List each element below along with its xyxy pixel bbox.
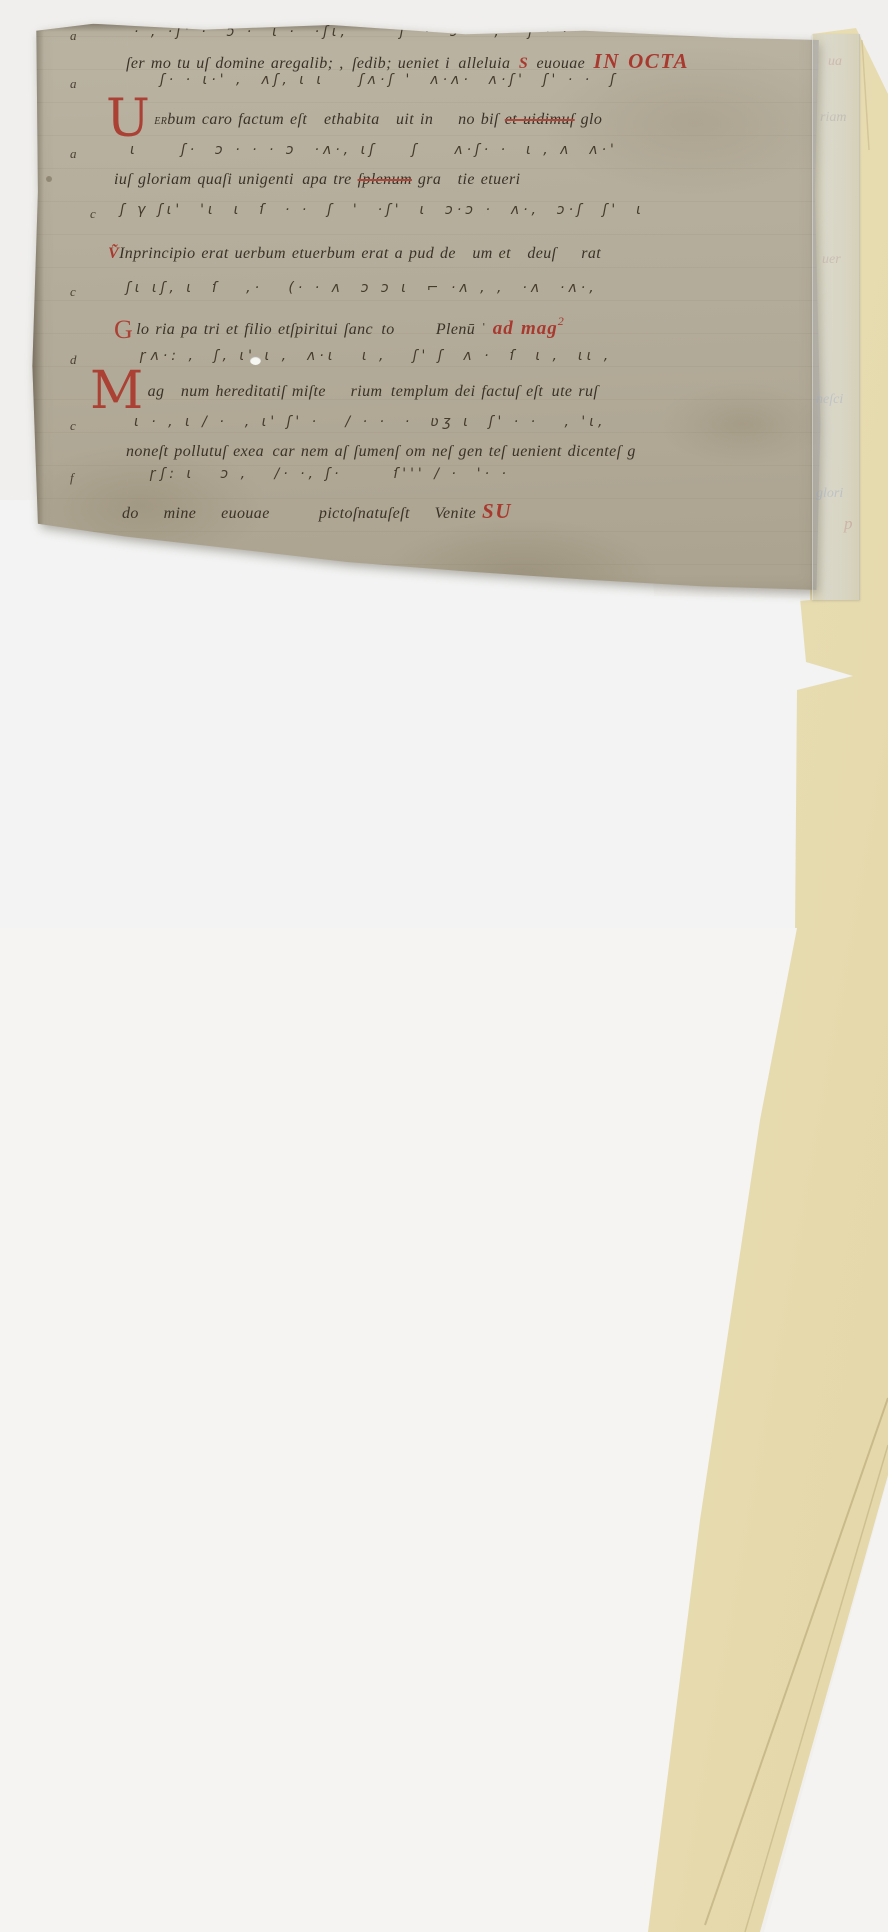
clef-letter: d xyxy=(70,352,77,368)
text-segment: Ṽ xyxy=(108,245,119,262)
text-row: noneſt pollutuſ exea car nem aſ ſumenſ o… xyxy=(30,442,812,462)
clef-letter: c xyxy=(90,206,96,222)
text-segment: S xyxy=(519,55,528,72)
neume-row: ι · , ι / · , ι' ʃ' · / · · · ʋʒ ι ʃ' · … xyxy=(30,414,812,442)
text-row: iuſ gloriam quaſi unigenti apa tre ſplen… xyxy=(30,170,812,190)
text-segment: euouae xyxy=(528,55,593,72)
text-segment: Plenū ˈ xyxy=(395,321,493,338)
text-segment: ſer mo tu uſ domine aregalib; , ſedib; u… xyxy=(126,55,519,72)
text-segment: pictoſnatuſeſt Venite xyxy=(270,505,482,522)
text-segment: U xyxy=(106,89,150,149)
ms-line: cʃ γ ʃι' 'ι ι ſ · · ʃ ' ·ʃ' ι ɔ·ɔ · ʌ·, … xyxy=(30,202,812,264)
text-segment: M xyxy=(90,361,144,421)
text-segment: rium templum dei factuſ eſt ute ruſ xyxy=(326,383,598,400)
neume-row: ι ʃ· ɔ · · · ɔ ·ʌ·, ιʃ ʃ ʌ·ʃ· · ι , ʌ ʌ·… xyxy=(30,142,812,170)
text-segment: G xyxy=(114,315,133,344)
text-segment: ad mag xyxy=(493,318,558,339)
text-segment: ſplenum xyxy=(358,171,412,188)
ms-line: fɼʃ: ι ɔ , /· ·, ʃ· ſ''' / · '· ·do mine… xyxy=(30,466,812,524)
neume-row: ɼʌ·: , ʃ, ι' ι , ʌ·ι ι , ʃ' ʃ ʌ · ſ ι , … xyxy=(30,348,812,382)
ms-line: a· , ·ʃ' · ɔ · ι · ·ʃι, ʃ' · ɔ ⌐ , ʃ · ·… xyxy=(30,24,812,74)
text-segment: do mine euouae xyxy=(122,505,270,522)
scratch-mark xyxy=(330,584,355,593)
ms-line: aʃ· · ι·' , ʌʃ, ι ι ʃʌ·ʃ ' ʌ·ʌ· ʌ·ʃ' ʃ' … xyxy=(30,72,812,130)
text-row: ṼInprincipio erat uerbum etuerbum erat a… xyxy=(30,244,812,264)
parchment-fragment: a· , ·ʃ' · ɔ · ι · ·ʃι, ʃ' · ɔ ⌐ , ʃ · ·… xyxy=(30,18,822,598)
neume-row: · , ·ʃ' · ɔ · ι · ·ʃι, ʃ' · ɔ ⌐ , ʃ · · xyxy=(30,24,812,48)
clef-letter: f xyxy=(70,470,74,486)
text-row: Uerbum caro factum eſt ethabita uit in n… xyxy=(30,110,812,130)
text-segment: gra tie etueri xyxy=(412,171,521,188)
text-segment: et uidimuſ xyxy=(505,111,575,128)
text-segment: iuſ gloriam quaſi unigenti apa tre xyxy=(114,171,358,188)
neume-row: ʃι ιʃ, ι ſ ,· (· · ʌ ɔ ɔ ι ⌐ ·ʌ , , ·ʌ ·… xyxy=(30,280,812,314)
text-row: Glo ria pa tri et filio etſpiritui ſanc … xyxy=(30,314,812,347)
text-row: do mine euouae pictoſnatuſeſt Venite SU xyxy=(30,498,812,524)
ms-line: cι · , ι / · , ι' ʃ' · / · · · ʋʒ ι ʃ' ·… xyxy=(30,414,812,462)
text-segment: Inprincipio erat uerbum etuerbum erat a … xyxy=(119,245,601,262)
text-segment: lo ria pa tri et filio etſpiritui ſanc t… xyxy=(136,321,394,338)
text-segment: ag num hereditatiſ miſte xyxy=(148,383,326,400)
text-segment: noneſt pollutuſ exea car nem aſ ſumenſ o… xyxy=(126,443,636,460)
pressure-tape xyxy=(812,34,860,600)
neume-row: ʃ γ ʃι' 'ι ι ſ · · ʃ ' ·ʃ' ι ɔ·ɔ · ʌ·, ɔ… xyxy=(30,202,812,244)
clef-letter: c xyxy=(70,284,76,300)
text-row: Mag num hereditatiſ miſte rium templum d… xyxy=(30,382,812,402)
text-row: ſer mo tu uſ domine aregalib; , ſedib; u… xyxy=(30,48,812,74)
ms-line: cʃι ιʃ, ι ſ ,· (· · ʌ ɔ ɔ ι ⌐ ·ʌ , , ·ʌ … xyxy=(30,280,812,347)
text-segment: glo xyxy=(575,111,603,128)
clef-letter: a xyxy=(70,76,77,92)
scan-page: a· , ·ʃ' · ɔ · ι · ·ʃι, ʃ' · ɔ ⌐ , ʃ · ·… xyxy=(0,0,888,1932)
text-segment: 2 xyxy=(558,314,564,328)
text-segment: er xyxy=(154,113,167,128)
manuscript-lines: a· , ·ʃ' · ɔ · ι · ·ʃι, ʃ' · ɔ ⌐ , ʃ · ·… xyxy=(30,18,822,598)
text-segment: IN OCTA xyxy=(594,49,689,73)
text-segment: SU xyxy=(482,499,512,523)
ms-line: dɼʌ·: , ʃ, ι' ι , ʌ·ι ι , ʃ' ʃ ʌ · ſ ι ,… xyxy=(30,348,812,402)
ms-line: aι ʃ· ɔ · · · ɔ ·ʌ·, ιʃ ʃ ʌ·ʃ· · ι , ʌ ʌ… xyxy=(30,142,812,190)
clef-letter: a xyxy=(70,28,77,44)
neume-row: ɼʃ: ι ɔ , /· ·, ʃ· ſ''' / · '· · xyxy=(30,466,812,498)
clef-letter: c xyxy=(70,418,76,434)
clef-letter: a xyxy=(70,146,77,162)
parchment-surface: a· , ·ʃ' · ɔ · ι · ·ʃι, ʃ' · ɔ ⌐ , ʃ · ·… xyxy=(30,18,822,598)
text-segment: bum caro factum eſt ethabita uit in no b… xyxy=(167,111,505,128)
